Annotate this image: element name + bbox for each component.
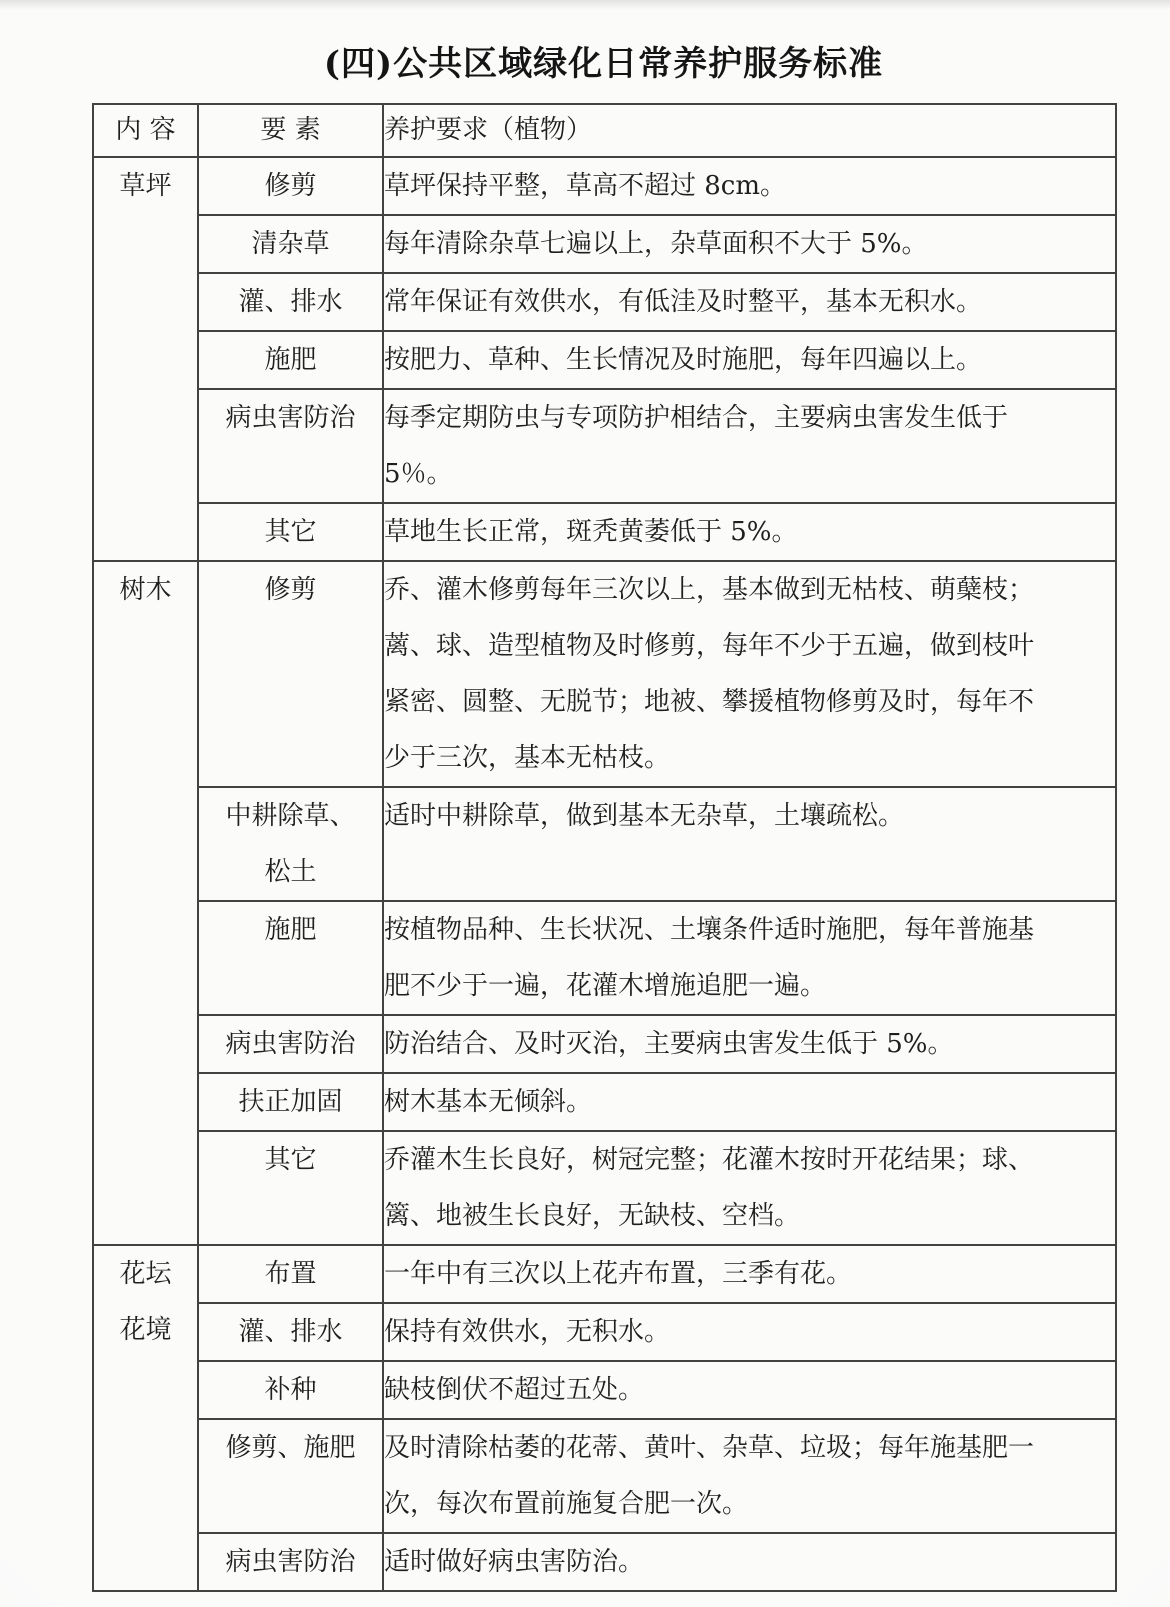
table-row: 病虫害防治 每季定期防虫与专项防护相结合，主要病虫害发生低于 5％。 [93, 389, 1116, 503]
table-header-row: 内 容 要 素 养护要求（植物） [93, 104, 1116, 157]
requirement-cell: 乔、灌木修剪每年三次以上，基本做到无枯枝、萌蘖枝； 蓠、球、造型植物及时修剪，每… [383, 561, 1116, 787]
standards-table: 内 容 要 素 养护要求（植物） 草坪 修剪 草坪保持平整，草高不超过 8cm。… [92, 103, 1117, 1592]
element-cell: 病虫害防治 [198, 1533, 383, 1591]
header-requirement-cell: 养护要求（植物） [383, 104, 1116, 157]
table-row: 修剪、施肥 及时清除枯萎的花蒂、黄叶、杂草、垃圾；每年施基肥一 次，每次布置前施… [93, 1419, 1116, 1533]
requirement-cell: 按肥力、草种、生长情况及时施肥，每年四遍以上。 [383, 331, 1116, 389]
page-title: (四)公共区域绿化日常养护服务标准 [92, 36, 1115, 85]
requirement-cell: 保持有效供水，无积水。 [383, 1303, 1116, 1361]
requirement-cell: 适时做好病虫害防治。 [383, 1533, 1116, 1591]
table-row: 施肥 按肥力、草种、生长情况及时施肥，每年四遍以上。 [93, 331, 1116, 389]
document-page: (四)公共区域绿化日常养护服务标准 内 容 要 素 养护要求（植物） 草坪 修剪… [0, 0, 1170, 1607]
table-row: 扶正加固 树木基本无倾斜。 [93, 1073, 1116, 1131]
table-row: 病虫害防治 防治结合、及时灭治，主要病虫害发生低于 5%。 [93, 1015, 1116, 1073]
table-row: 花坛 花境 布置 一年中有三次以上花卉布置，三季有花。 [93, 1245, 1116, 1303]
element-cell: 中耕除草、 松土 [198, 787, 383, 901]
requirement-cell: 防治结合、及时灭治，主要病虫害发生低于 5%。 [383, 1015, 1116, 1073]
element-cell: 病虫害防治 [198, 389, 383, 503]
requirement-cell: 适时中耕除草，做到基本无杂草，土壤疏松。 [383, 787, 1116, 901]
requirement-cell: 缺枝倒伏不超过五处。 [383, 1361, 1116, 1419]
element-cell: 修剪 [198, 561, 383, 787]
element-cell: 修剪、施肥 [198, 1419, 383, 1533]
table-row: 草坪 修剪 草坪保持平整，草高不超过 8cm。 [93, 157, 1116, 215]
requirement-cell: 乔灌木生长良好，树冠完整；花灌木按时开花结果；球、 篱、地被生长良好，无缺枝、空… [383, 1131, 1116, 1245]
table-row: 树木 修剪 乔、灌木修剪每年三次以上，基本做到无枯枝、萌蘖枝； 蓠、球、造型植物… [93, 561, 1116, 787]
table-row: 中耕除草、 松土 适时中耕除草，做到基本无杂草，土壤疏松。 [93, 787, 1116, 901]
element-cell: 灌、排水 [198, 1303, 383, 1361]
element-cell: 施肥 [198, 331, 383, 389]
element-cell: 清杂草 [198, 215, 383, 273]
element-cell: 补种 [198, 1361, 383, 1419]
element-cell: 灌、排水 [198, 273, 383, 331]
table-row: 其它 草地生长正常，斑秃黄萎低于 5%。 [93, 503, 1116, 561]
header-content-cell: 内 容 [93, 104, 198, 157]
element-cell: 施肥 [198, 901, 383, 1015]
table-row: 病虫害防治 适时做好病虫害防治。 [93, 1533, 1116, 1591]
header-element-cell: 要 素 [198, 104, 383, 157]
table-row: 灌、排水 常年保证有效供水，有低洼及时整平，基本无积水。 [93, 273, 1116, 331]
element-cell: 修剪 [198, 157, 383, 215]
element-cell: 病虫害防治 [198, 1015, 383, 1073]
table-row: 施肥 按植物品种、生长状况、土壤条件适时施肥，每年普施基 肥不少于一遍，花灌木增… [93, 901, 1116, 1015]
group-cell-flowerbed: 花坛 花境 [93, 1245, 198, 1591]
requirement-cell: 一年中有三次以上花卉布置，三季有花。 [383, 1245, 1116, 1303]
group-cell-trees: 树木 [93, 561, 198, 1245]
element-cell: 扶正加固 [198, 1073, 383, 1131]
group-cell-lawn: 草坪 [93, 157, 198, 561]
requirement-cell: 树木基本无倾斜。 [383, 1073, 1116, 1131]
requirement-cell: 按植物品种、生长状况、土壤条件适时施肥，每年普施基 肥不少于一遍，花灌木增施追肥… [383, 901, 1116, 1015]
requirement-cell: 常年保证有效供水，有低洼及时整平，基本无积水。 [383, 273, 1116, 331]
table-row: 其它 乔灌木生长良好，树冠完整；花灌木按时开花结果；球、 篱、地被生长良好，无缺… [93, 1131, 1116, 1245]
requirement-cell: 每年清除杂草七遍以上，杂草面积不大于 5%。 [383, 215, 1116, 273]
requirement-cell: 草坪保持平整，草高不超过 8cm。 [383, 157, 1116, 215]
requirement-cell: 草地生长正常，斑秃黄萎低于 5%。 [383, 503, 1116, 561]
table-row: 清杂草 每年清除杂草七遍以上，杂草面积不大于 5%。 [93, 215, 1116, 273]
element-cell: 其它 [198, 503, 383, 561]
requirement-cell: 及时清除枯萎的花蒂、黄叶、杂草、垃圾；每年施基肥一 次，每次布置前施复合肥一次。 [383, 1419, 1116, 1533]
element-cell: 其它 [198, 1131, 383, 1245]
table-row: 灌、排水 保持有效供水，无积水。 [93, 1303, 1116, 1361]
requirement-cell: 每季定期防虫与专项防护相结合，主要病虫害发生低于 5％。 [383, 389, 1116, 503]
table-row: 补种 缺枝倒伏不超过五处。 [93, 1361, 1116, 1419]
element-cell: 布置 [198, 1245, 383, 1303]
